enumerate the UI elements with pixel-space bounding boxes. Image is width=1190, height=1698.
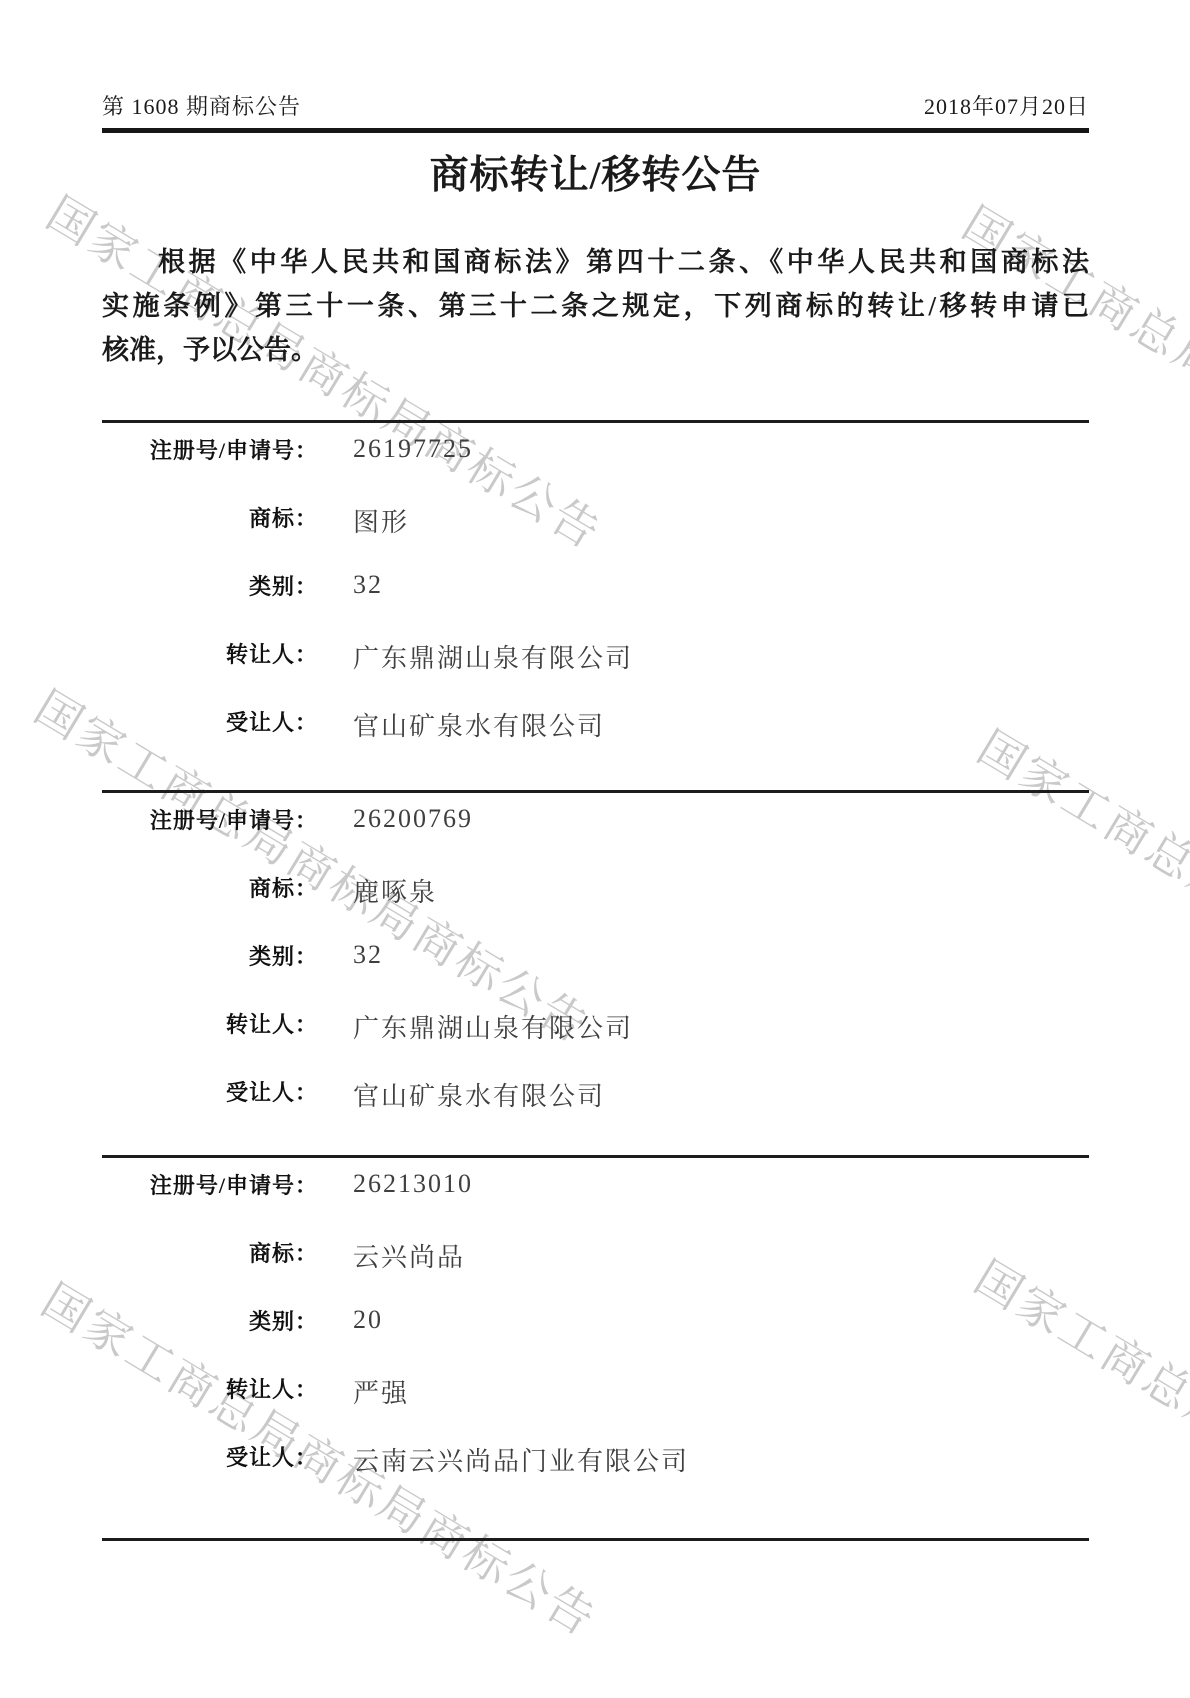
field-value-assignor: 广东鼎湖山泉有限公司 <box>353 1008 633 1045</box>
field-label-category: 类别： <box>102 940 318 971</box>
field-label-category: 类别： <box>102 570 318 601</box>
field-label-registration-number: 注册号/申请号： <box>102 804 318 835</box>
field-value-registration-number: 26197725 <box>353 434 473 464</box>
row-category: 类别： 20 <box>102 1305 1089 1335</box>
field-value-assignee: 官山矿泉水有限公司 <box>353 706 605 743</box>
field-label-trademark: 商标： <box>102 1237 318 1268</box>
row-assignor: 转让人： 广东鼎湖山泉有限公司 <box>102 638 1089 668</box>
field-value-assignor: 广东鼎湖山泉有限公司 <box>353 638 633 675</box>
field-label-registration-number: 注册号/申请号： <box>102 1169 318 1200</box>
field-value-assignee: 云南云兴尚品门业有限公司 <box>353 1441 689 1478</box>
row-assignee: 受让人： 云南云兴尚品门业有限公司 <box>102 1441 1089 1471</box>
field-label-registration-number: 注册号/申请号： <box>102 434 318 465</box>
intro-line: 根据《中华人民共和国商标法》第四十二条、《中华人民共和国商标法 <box>102 240 1089 284</box>
field-value-category: 20 <box>353 1305 383 1335</box>
page-title: 商标转让/移转公告 <box>102 144 1089 200</box>
bottom-rule-line <box>102 1538 1089 1541</box>
field-label-assignor: 转让人： <box>102 638 318 669</box>
row-category: 类别： 32 <box>102 940 1089 970</box>
field-value-category: 32 <box>353 570 383 600</box>
row-assignee: 受让人： 官山矿泉水有限公司 <box>102 706 1089 736</box>
field-value-trademark: 云兴尚品 <box>353 1237 465 1274</box>
field-value-category: 32 <box>353 940 383 970</box>
field-value-assignor: 严强 <box>353 1373 409 1410</box>
row-trademark: 商标： 云兴尚品 <box>102 1237 1089 1267</box>
intro-line: 实施条例》第三十一条、第三十二条之规定，下列商标的转让/移转申请已 <box>102 284 1089 328</box>
row-assignor: 转让人： 严强 <box>102 1373 1089 1403</box>
record-block: 注册号/申请号： 26213010 商标： 云兴尚品 类别： 20 转让人： 严… <box>102 1155 1089 1495</box>
field-label-category: 类别： <box>102 1305 318 1336</box>
record-separator-line <box>102 790 1089 793</box>
row-registration-number: 注册号/申请号： 26200769 <box>102 804 1089 834</box>
header-issue-number: 第 1608 期商标公告 <box>102 90 301 121</box>
field-label-assignor: 转让人： <box>102 1008 318 1039</box>
header-date: 2018年07月20日 <box>924 90 1089 121</box>
record-block: 注册号/申请号： 26200769 商标： 鹿啄泉 类别： 32 转让人： 广东… <box>102 790 1089 1130</box>
intro-paragraph: 根据《中华人民共和国商标法》第四十二条、《中华人民共和国商标法 实施条例》第三十… <box>102 240 1089 372</box>
gazette-page: 国家工商总局商标局商标公告 国家工商总局商标局商标公告 国家工商总局商标局商标公… <box>0 0 1190 1698</box>
field-label-assignee: 受让人： <box>102 1076 318 1107</box>
record-separator-line <box>102 420 1089 423</box>
field-label-trademark: 商标： <box>102 872 318 903</box>
field-value-assignee: 官山矿泉水有限公司 <box>353 1076 605 1113</box>
row-assignor: 转让人： 广东鼎湖山泉有限公司 <box>102 1008 1089 1038</box>
row-category: 类别： 32 <box>102 570 1089 600</box>
intro-line: 核准，予以公告。 <box>102 328 1089 372</box>
field-label-assignor: 转让人： <box>102 1373 318 1404</box>
row-registration-number: 注册号/申请号： 26197725 <box>102 434 1089 464</box>
field-value-registration-number: 26213010 <box>353 1169 473 1199</box>
row-trademark: 商标： 图形 <box>102 502 1089 532</box>
field-label-assignee: 受让人： <box>102 1441 318 1472</box>
row-registration-number: 注册号/申请号： 26213010 <box>102 1169 1089 1199</box>
field-value-registration-number: 26200769 <box>353 804 473 834</box>
record-block: 注册号/申请号： 26197725 商标： 图形 类别： 32 转让人： 广东鼎… <box>102 420 1089 760</box>
field-value-trademark: 鹿啄泉 <box>353 872 437 909</box>
header-rule-line <box>102 128 1089 133</box>
record-separator-line <box>102 1155 1089 1158</box>
field-label-trademark: 商标： <box>102 502 318 533</box>
field-label-assignee: 受让人： <box>102 706 318 737</box>
field-value-trademark: 图形 <box>353 502 409 539</box>
row-assignee: 受让人： 官山矿泉水有限公司 <box>102 1076 1089 1106</box>
row-trademark: 商标： 鹿啄泉 <box>102 872 1089 902</box>
